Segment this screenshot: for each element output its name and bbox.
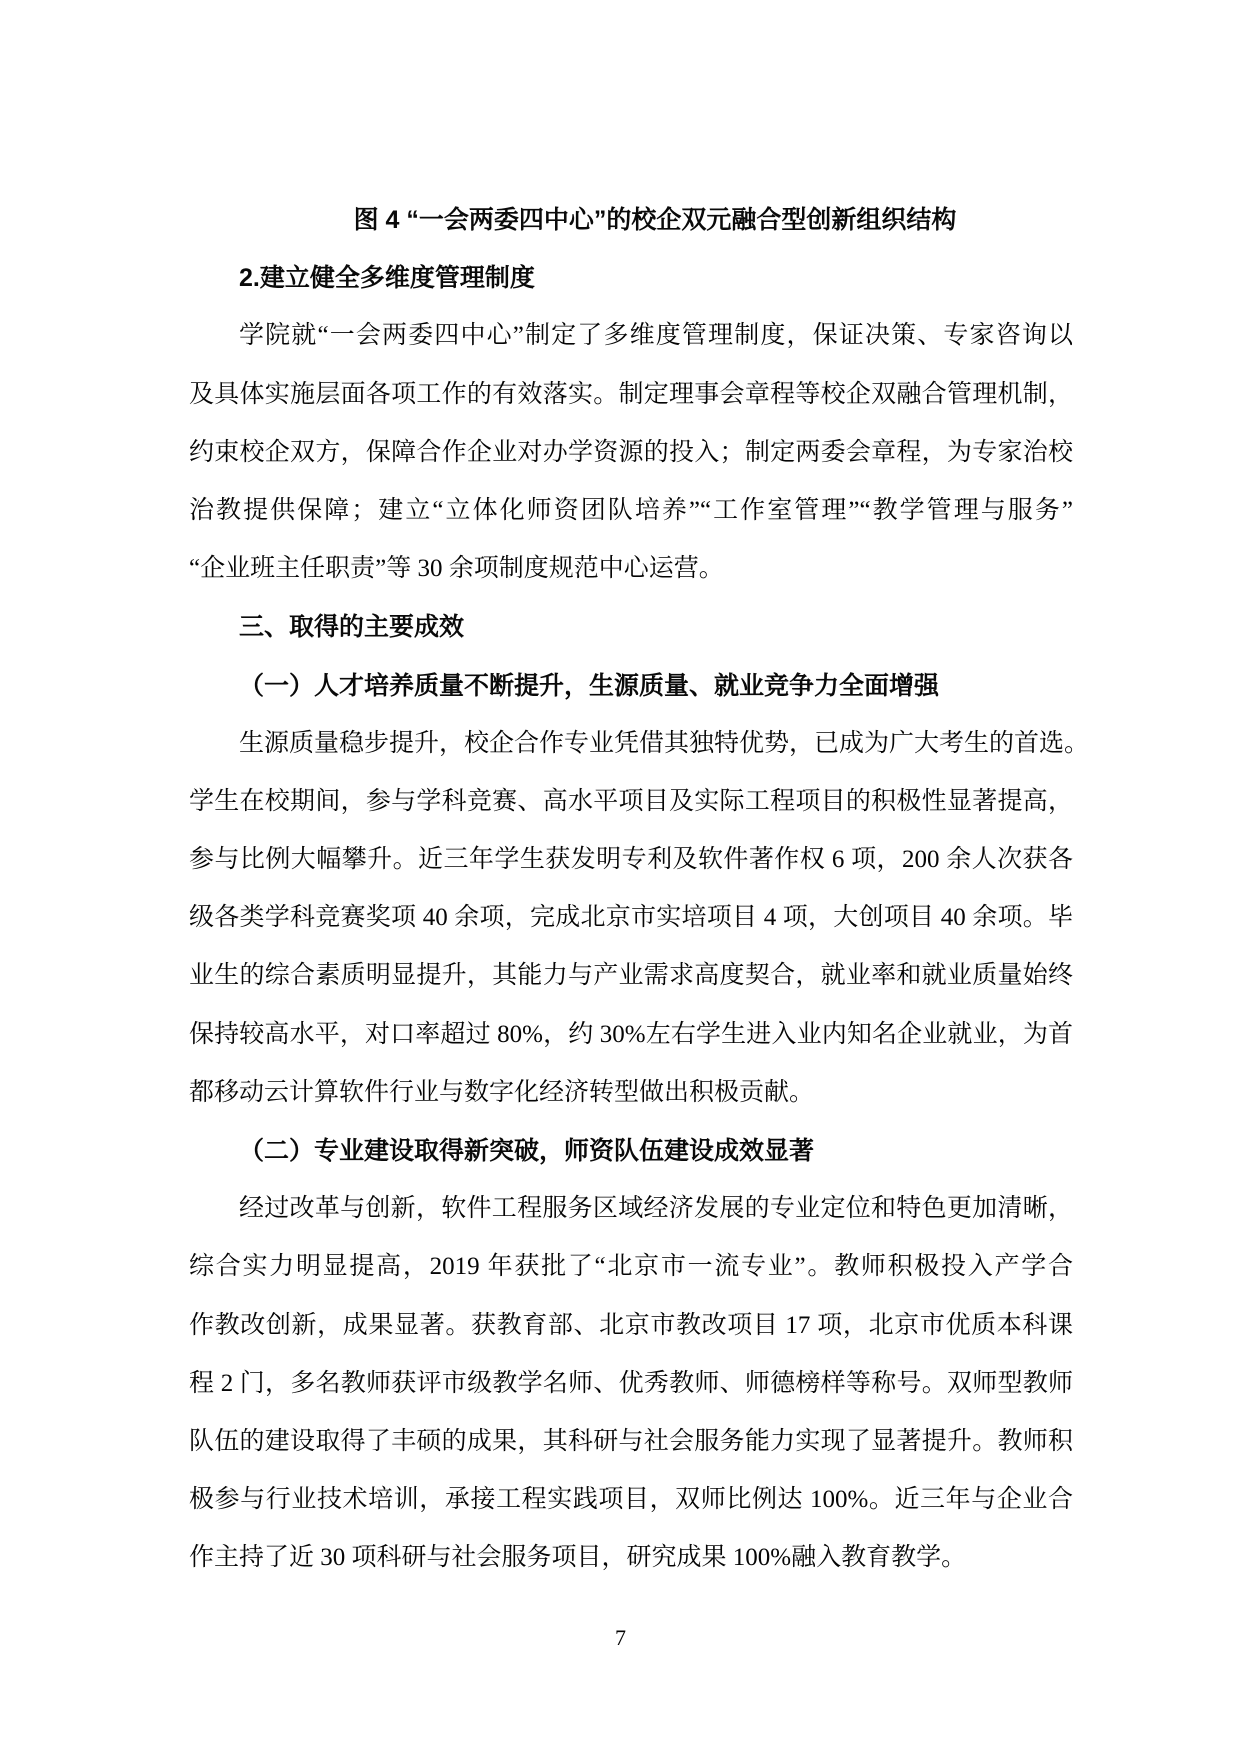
document-page: 图 4 “一会两委四中心”的校企双元融合型创新组织结构 2.建立健全多维度管理制… bbox=[0, 0, 1241, 1754]
paragraph-management-line-3: 约束校企双方，保障合作企业对办学资源的投入；制定两委会章程，为专家治校 bbox=[189, 424, 1073, 482]
paragraph-talent-line-2: 学生在校期间，参与学科竞赛、高水平项目及实际工程项目的积极性显著提高， bbox=[189, 773, 1073, 831]
paragraph-specialty-line-6: 极参与行业技术培训，承接工程实践项目，双师比例达 100%。近三年与企业合 bbox=[189, 1471, 1073, 1529]
paragraph-management-line-4: 治教提供保障；建立“立体化师资团队培养”“工作室管理”“教学管理与服务” bbox=[189, 482, 1073, 540]
paragraph-specialty-line-5: 队伍的建设取得了丰硕的成果，其科研与社会服务能力实现了显著提升。教师积 bbox=[189, 1413, 1073, 1471]
paragraph-management-line-2: 及具体实施层面各项工作的有效落实。制定理事会章程等校企双融合管理机制， bbox=[189, 366, 1073, 424]
figure-caption: 图 4 “一会两委四中心”的校企双元融合型创新组织结构 bbox=[189, 191, 1073, 249]
paragraph-specialty-line-1: 经过改革与创新，软件工程服务区域经济发展的专业定位和特色更加清晰， bbox=[189, 1180, 1073, 1238]
paragraph-talent-line-3: 参与比例大幅攀升。近三年学生获发明专利及软件著作权 6 项，200 余人次获各 bbox=[189, 831, 1073, 889]
paragraph-specialty-line-3: 作教改创新，成果显著。获教育部、北京市教改项目 17 项，北京市优质本科课 bbox=[189, 1297, 1073, 1355]
paragraph-specialty-line-7: 作主持了近 30 项科研与社会服务项目，研究成果 100%融入教育教学。 bbox=[189, 1529, 1073, 1587]
paragraph-management-line-5: “企业班主任职责”等 30 余项制度规范中心运营。 bbox=[189, 540, 1073, 598]
heading-talent-quality: （一）人才培养质量不断提升，生源质量、就业竞争力全面增强 bbox=[189, 657, 1073, 715]
paragraph-management-line-1: 学院就“一会两委四中心”制定了多维度管理制度，保证决策、专家咨询以 bbox=[189, 307, 1073, 365]
heading-management-system: 2.建立健全多维度管理制度 bbox=[189, 249, 1073, 307]
heading-specialty-construction: （二）专业建设取得新突破，师资队伍建设成效显著 bbox=[189, 1122, 1073, 1180]
paragraph-talent-line-5: 业生的综合素质明显提升，其能力与产业需求高度契合，就业率和就业质量始终 bbox=[189, 947, 1073, 1005]
page-number: 7 bbox=[0, 1622, 1241, 1654]
paragraph-specialty-line-4: 程 2 门，多名教师获评市级教学名师、优秀教师、师德榜样等称号。双师型教师 bbox=[189, 1355, 1073, 1413]
paragraph-talent-line-7: 都移动云计算软件行业与数字化经济转型做出积极贡献。 bbox=[189, 1064, 1073, 1122]
document-body: 图 4 “一会两委四中心”的校企双元融合型创新组织结构 2.建立健全多维度管理制… bbox=[189, 191, 1073, 1588]
paragraph-specialty-line-2: 综合实力明显提高，2019 年获批了“北京市一流专业”。教师积极投入产学合 bbox=[189, 1238, 1073, 1296]
heading-main-achievements: 三、取得的主要成效 bbox=[189, 598, 1073, 656]
paragraph-talent-line-1: 生源质量稳步提升，校企合作专业凭借其独特优势，已成为广大考生的首选。 bbox=[189, 715, 1073, 773]
paragraph-talent-line-4: 级各类学科竞赛奖项 40 余项，完成北京市实培项目 4 项，大创项目 40 余项… bbox=[189, 889, 1073, 947]
paragraph-talent-line-6: 保持较高水平，对口率超过 80%，约 30%左右学生进入业内知名企业就业，为首 bbox=[189, 1006, 1073, 1064]
